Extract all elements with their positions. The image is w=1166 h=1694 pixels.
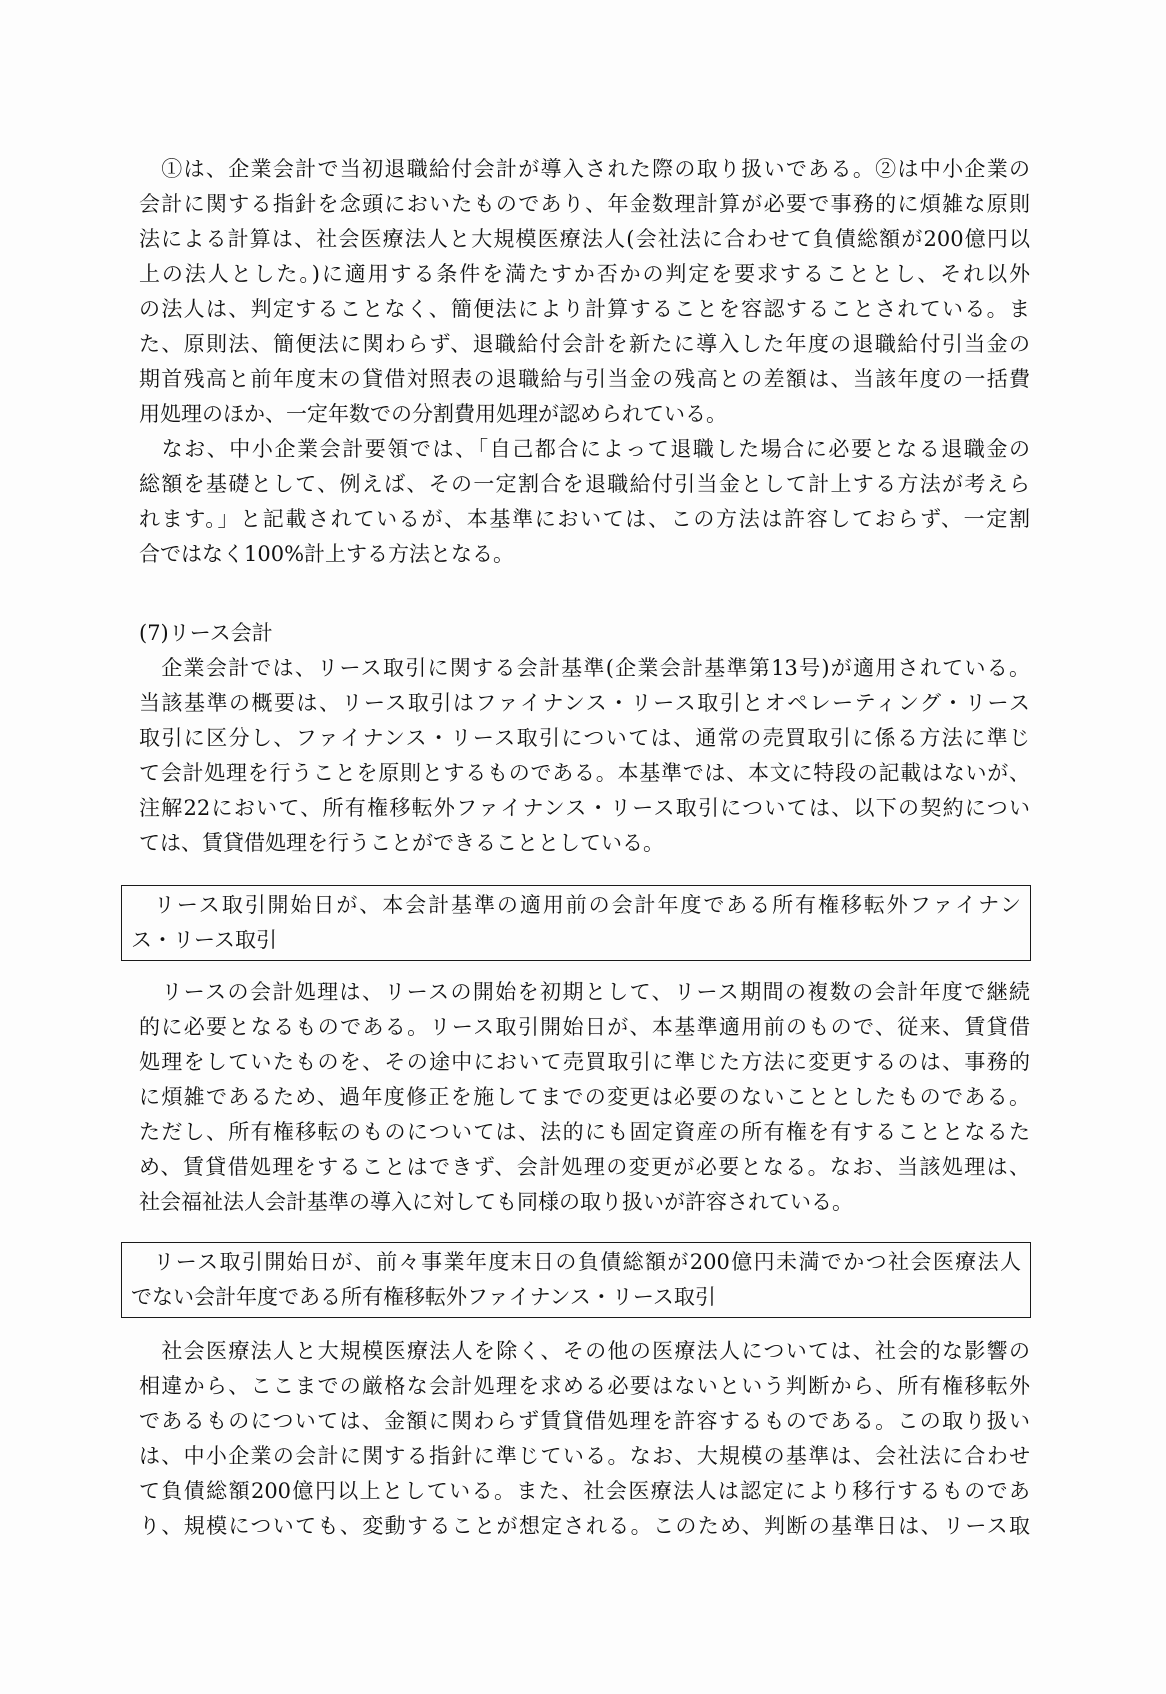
text-line: 企業会計では、リース取引に関する会計基準(企業会計基準第13号)が適用されている… bbox=[139, 651, 1030, 686]
paragraph-retirement-benefit: ①は、企業会計で当初退職給付会計が導入された際の取り扱いである。②は中小企業の … bbox=[139, 152, 1030, 432]
text-line: ただし、所有権移転のものについては、法的にも固定資産の所有権を有することとなるた bbox=[139, 1115, 1030, 1150]
text-line: 合ではなく100%計上する方法となる。 bbox=[139, 537, 1030, 572]
paragraph-lease-accounting-intro: 企業会計では、リース取引に関する会計基準(企業会計基準第13号)が適用されている… bbox=[139, 651, 1030, 861]
text-line: 社会福祉法人会計基準の導入に対しても同様の取り扱いが許容されている。 bbox=[139, 1185, 1030, 1220]
text-line: 用処理のほか、一定年数での分割費用処理が認められている。 bbox=[139, 397, 1030, 432]
text-line: リース取引開始日が、前々事業年度末日の負債総額が200億円未満でかつ社会医療法人 bbox=[131, 1245, 1021, 1280]
text-line: れます。」と記載されているが、本基準においては、この方法は許容しておらず、一定割 bbox=[139, 502, 1030, 537]
text-line: 注解22において、所有権移転外ファイナンス・リース取引については、以下の契約につ… bbox=[139, 791, 1030, 826]
text-line: ス・リース取引 bbox=[131, 923, 1021, 958]
document-page: ①は、企業会計で当初退職給付会計が導入された際の取り扱いである。②は中小企業の … bbox=[0, 0, 1166, 1694]
text-line: 相違から、ここまでの厳格な会計処理を求める必要はないという判断から、所有権移転外 bbox=[139, 1369, 1030, 1404]
text-line: であるものについては、金額に関わらず賃貸借処理を許容するものである。この取り扱い bbox=[139, 1404, 1030, 1439]
lease-transition-box-2: リース取引開始日が、前々事業年度末日の負債総額が200億円未満でかつ社会医療法人… bbox=[121, 1242, 1031, 1318]
text-line: に煩雑であるため、過年度修正を施してまでの変更は必要のないこととしたものである。 bbox=[139, 1080, 1030, 1115]
text-line: は、中小企業の会計に関する指針に準じている。なお、大規模の基準は、会社法に合わせ bbox=[139, 1439, 1030, 1474]
text-line: 会計に関する指針を念頭においたものであり、年金数理計算が必要で事務的に煩雑な原則 bbox=[139, 187, 1030, 222]
section-7-heading: (7)リース会計 bbox=[139, 616, 1030, 651]
text-line: でない会計年度である所有権移転外ファイナンス・リース取引 bbox=[131, 1280, 1021, 1315]
text-line: 上の法人とした。)に適用する条件を満たすか否かの判定を要求することとし、それ以外 bbox=[139, 257, 1030, 292]
text-line: た、原則法、簡便法に関わらず、退職給付会計を新たに導入した年度の退職給付引当金の bbox=[139, 327, 1030, 362]
text-line: 的に必要となるものである。リース取引開始日が、本基準適用前のもので、従来、賃貸借 bbox=[139, 1010, 1030, 1045]
text-line: 法による計算は、社会医療法人と大規模医療法人(会社法に合わせて負債総額が200億… bbox=[139, 222, 1030, 257]
lease-transition-box-1: リース取引開始日が、本会計基準の適用前の会計年度である所有権移転外ファイナン ス… bbox=[121, 885, 1031, 961]
text-line: ①は、企業会計で当初退職給付会計が導入された際の取り扱いである。②は中小企業の bbox=[139, 152, 1030, 187]
text-line: り、規模についても、変動することが想定される。このため、判断の基準日は、リース取 bbox=[139, 1509, 1030, 1544]
text-line: 総額を基礎として、例えば、その一定割合を退職給付引当金として計上する方法が考えら bbox=[139, 467, 1030, 502]
text-line: め、賃貸借処理をすることはできず、会計処理の変更が必要となる。なお、当該処理は、 bbox=[139, 1150, 1030, 1185]
text-line: 社会医療法人と大規模医療法人を除く、その他の医療法人については、社会的な影響の bbox=[139, 1334, 1030, 1369]
text-line: なお、中小企業会計要領では、「自己都合によって退職した場合に必要となる退職金の bbox=[139, 432, 1030, 467]
text-line: 当該基準の概要は、リース取引はファイナンス・リース取引とオペレーティング・リース bbox=[139, 686, 1030, 721]
paragraph-sme-accounting: なお、中小企業会計要領では、「自己都合によって退職した場合に必要となる退職金の … bbox=[139, 432, 1030, 572]
text-line: て会計処理を行うことを原則とするものである。本基準では、本文に特段の記載はないが… bbox=[139, 756, 1030, 791]
paragraph-medical-corporation-lease: 社会医療法人と大規模医療法人を除く、その他の医療法人については、社会的な影響の … bbox=[139, 1334, 1030, 1544]
text-line: 処理をしていたものを、その途中において売買取引に準じた方法に変更するのは、事務的 bbox=[139, 1045, 1030, 1080]
text-line: 取引に区分し、ファイナンス・リース取引については、通常の売買取引に係る方法に準じ bbox=[139, 721, 1030, 756]
text-line: の法人は、判定することなく、簡便法により計算することを容認することされている。ま bbox=[139, 292, 1030, 327]
page-content: ①は、企業会計で当初退職給付会計が導入された際の取り扱いである。②は中小企業の … bbox=[139, 152, 1030, 1544]
text-line: て負債総額200億円以上としている。また、社会医療法人は認定により移行するもので… bbox=[139, 1474, 1030, 1509]
paragraph-lease-treatment: リースの会計処理は、リースの開始を初期として、リース期間の複数の会計年度で継続 … bbox=[139, 975, 1030, 1220]
text-line: ては、賃貸借処理を行うことができることとしている。 bbox=[139, 826, 1030, 861]
text-line: 期首残高と前年度末の貸借対照表の退職給与引当金の残高との差額は、当該年度の一括費 bbox=[139, 362, 1030, 397]
text-line: リース取引開始日が、本会計基準の適用前の会計年度である所有権移転外ファイナン bbox=[131, 888, 1021, 923]
text-line: リースの会計処理は、リースの開始を初期として、リース期間の複数の会計年度で継続 bbox=[139, 975, 1030, 1010]
